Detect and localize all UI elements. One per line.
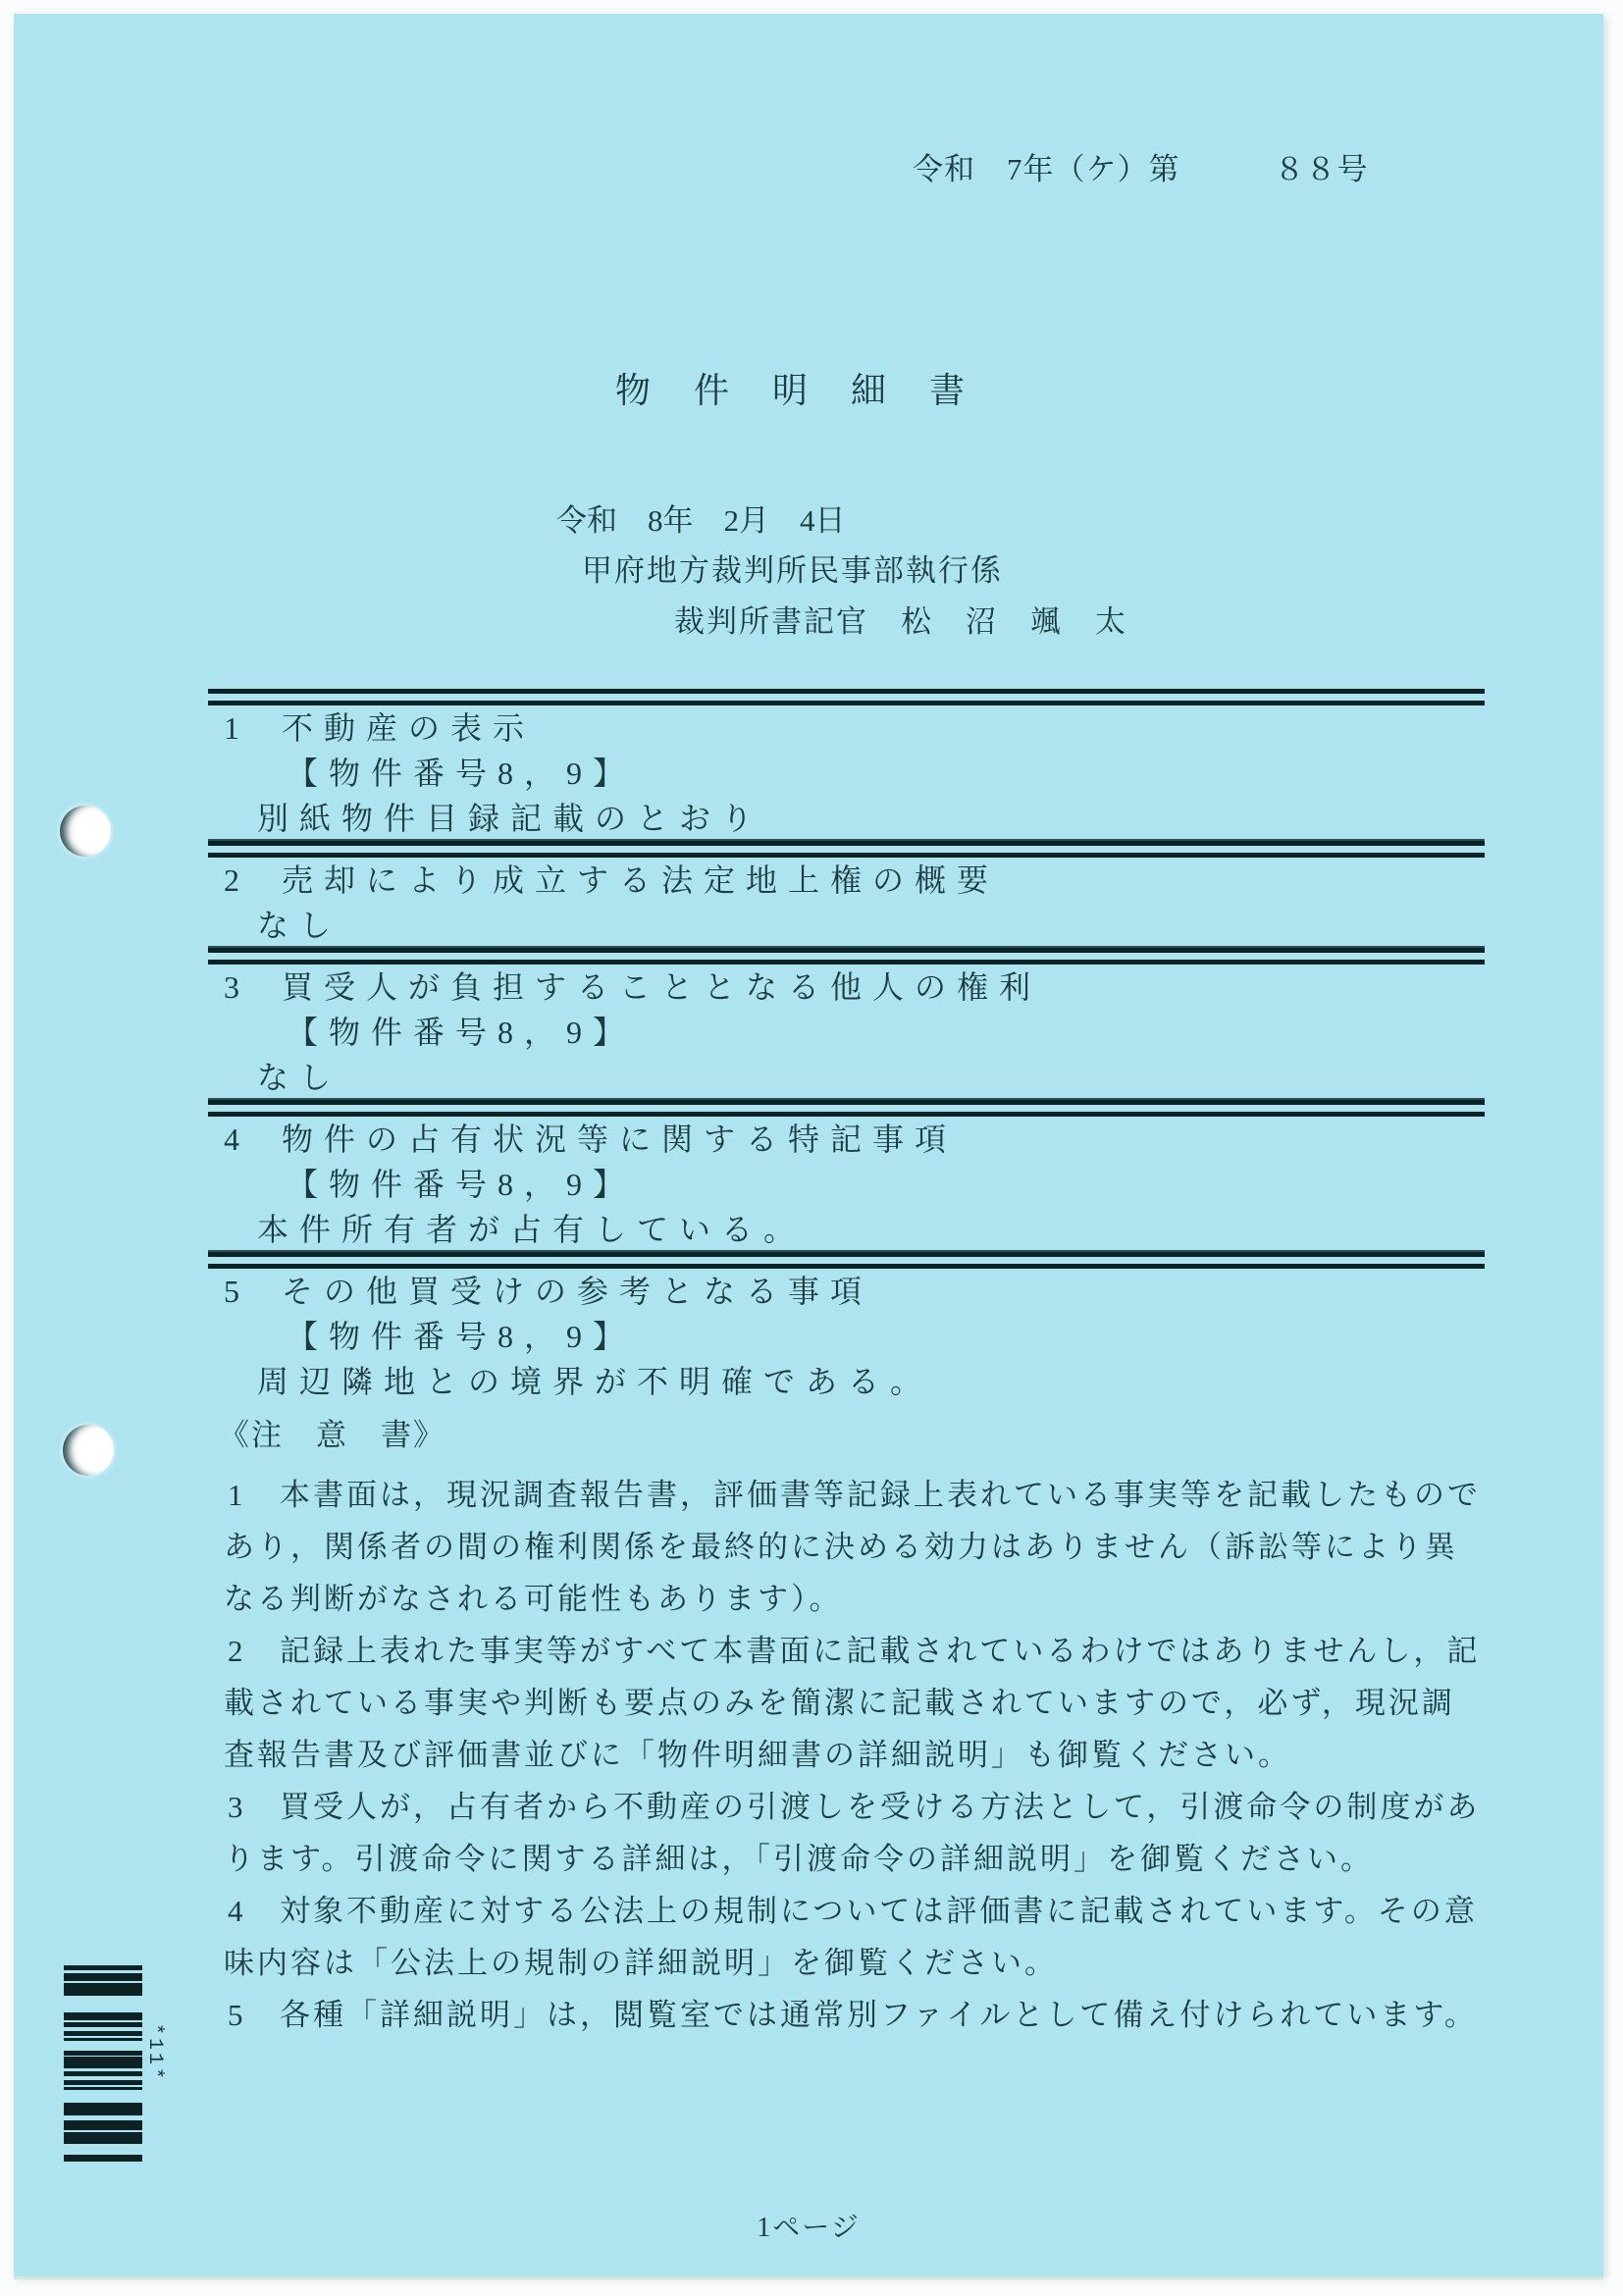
section-4-content: 本件所有者が占有している。 xyxy=(208,1207,1485,1252)
note-item: 3買受人が，占有者から不動産の引渡しを受ける方法として，引渡命令の制度があ りま… xyxy=(224,1781,1529,1885)
section-heading-text: 不動産の表示 xyxy=(282,710,535,746)
note-number: 5 xyxy=(228,1989,280,2041)
section-heading-text: その他買受けの参考となる事項 xyxy=(282,1274,872,1309)
note-text: 記録上表れた事実等がすべて本書面に記載されているわけではありませんし，記 載され… xyxy=(224,1634,1480,1772)
note-item: 2記録上表れた事実等がすべて本書面に記載されているわけではありませんし，記 載さ… xyxy=(224,1625,1529,1781)
note-item: 1本書面は，現況調査報告書，評価書等記録上表れている事実等を記載したもので あり… xyxy=(224,1469,1529,1625)
note-number: 1 xyxy=(228,1469,280,1521)
double-rule xyxy=(208,1252,1485,1269)
page-title: 物 件 明 細 書 xyxy=(615,367,969,414)
section-2-heading: 2売却により成立する法定地上権の概要 xyxy=(208,858,1485,903)
double-rule xyxy=(208,689,1485,705)
section-1-content: 別紙物件目録記載のとおり xyxy=(208,796,1485,841)
section-5-content: 周辺隣地との境界が不明確である。 xyxy=(208,1359,1485,1404)
section-number: 1 xyxy=(224,705,282,751)
section-heading-text: 売却により成立する法定地上権の概要 xyxy=(282,862,999,898)
punch-hole-top xyxy=(60,806,111,857)
issue-date: 令和 8年 2月 4日 xyxy=(556,500,846,542)
note-number: 3 xyxy=(228,1781,280,1833)
note-number: 4 xyxy=(228,1885,280,1937)
section-1-heading: 1不動産の表示 xyxy=(208,705,1485,751)
note-text: 買受人が，占有者から不動産の引渡しを受ける方法として，引渡命令の制度があ ります… xyxy=(224,1790,1480,1876)
section-heading-text: 買受人が負担することとなる他人の権利 xyxy=(282,969,1041,1005)
note-item: 5各種「詳細説明」は，閲覧室では通常別ファイルとして備え付けられています。 xyxy=(224,1989,1529,2041)
property-sections-table: 1不動産の表示 【物件番号8，9】 別紙物件目録記載のとおり 2売却により成立す… xyxy=(208,689,1485,1404)
section-2-content: なし xyxy=(208,903,1485,948)
note-text: 本書面は，現況調査報告書，評価書等記録上表れている事実等を記載したもので あり，… xyxy=(224,1478,1481,1616)
double-rule xyxy=(208,841,1485,858)
case-number: 令和 7年（ケ）第 ８８号 xyxy=(913,150,1369,189)
notice-heading: 《注 意 書》 xyxy=(219,1413,445,1458)
section-3-heading: 3買受人が負担することとなる他人の権利 xyxy=(208,965,1485,1010)
clerk-name: 裁判所書記官 松 沼 颯 太 xyxy=(674,601,1127,643)
barcode-icon xyxy=(62,1965,144,2162)
punch-hole-bottom xyxy=(63,1425,114,1476)
section-5-heading: 5その他買受けの参考となる事項 xyxy=(208,1269,1485,1314)
section-3-content: なし xyxy=(208,1055,1485,1100)
note-item: 4対象不動産に対する公法上の規制については評価書に記載されています。その意 味内… xyxy=(224,1885,1529,1989)
section-number: 2 xyxy=(224,858,282,903)
section-1-property-numbers: 【物件番号8，9】 xyxy=(208,751,1485,796)
document-page: 令和 7年（ケ）第 ８８号 物 件 明 細 書 令和 8年 2月 4日 甲府地方… xyxy=(14,14,1603,2276)
double-rule xyxy=(208,948,1485,965)
section-5-property-numbers: 【物件番号8，9】 xyxy=(208,1314,1485,1359)
page-number: 1ページ xyxy=(14,2206,1603,2245)
notice-list: 1本書面は，現況調査報告書，評価書等記録上表れている事実等を記載したもので あり… xyxy=(224,1469,1529,2041)
section-number: 5 xyxy=(224,1269,282,1314)
section-4-property-numbers: 【物件番号8，9】 xyxy=(208,1162,1485,1207)
note-text: 対象不動産に対する公法上の規制については評価書に記載されています。その意 味内容… xyxy=(224,1894,1478,1980)
court-name: 甲府地方裁判所民事部執行係 xyxy=(582,550,1003,592)
note-text: 各種「詳細説明」は，閲覧室では通常別ファイルとして備え付けられています。 xyxy=(280,1998,1478,2032)
section-number: 4 xyxy=(224,1117,282,1162)
section-number: 3 xyxy=(224,965,282,1010)
barcode-label: *11* xyxy=(143,2023,166,2082)
note-number: 2 xyxy=(228,1625,280,1677)
section-3-property-numbers: 【物件番号8，9】 xyxy=(208,1010,1485,1055)
double-rule xyxy=(208,1100,1485,1117)
section-4-heading: 4物件の占有状況等に関する特記事項 xyxy=(208,1117,1485,1162)
section-heading-text: 物件の占有状況等に関する特記事項 xyxy=(282,1122,957,1157)
